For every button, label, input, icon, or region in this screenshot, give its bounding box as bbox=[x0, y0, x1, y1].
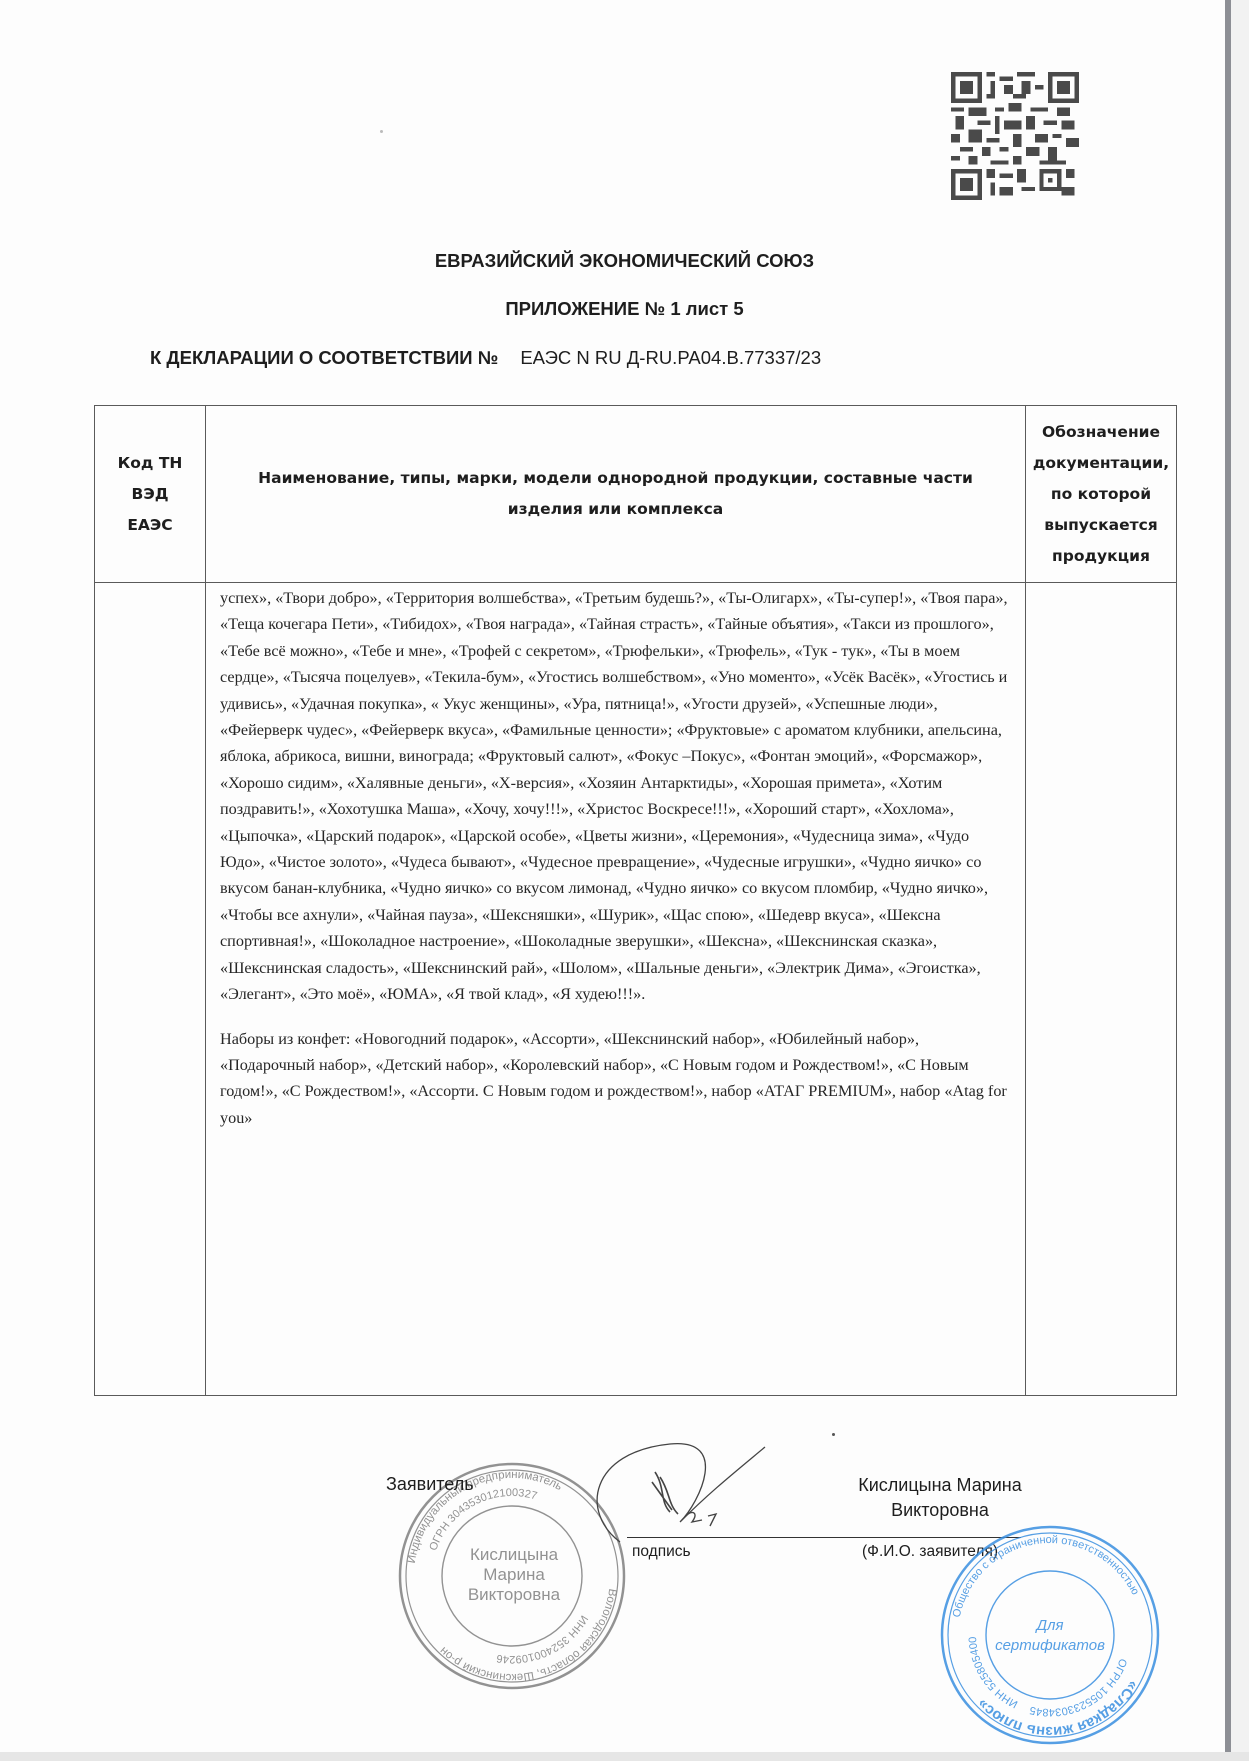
products-table: Код ТН ВЭД ЕАЭС Наименование, типы, марк… bbox=[94, 405, 1177, 1396]
stamp-center-line: Кислицына bbox=[470, 1545, 559, 1564]
header-line: Обозначение bbox=[1026, 417, 1176, 448]
scan-bottom-edge bbox=[0, 1752, 1249, 1761]
header-line: ЕАЭС bbox=[95, 510, 205, 541]
signature-caption: подпись bbox=[632, 1543, 691, 1561]
appendix-title: ПРИЛОЖЕНИЕ № 1 лист 5 bbox=[0, 298, 1249, 320]
column-header-documentation: Обозначение документации, по которой вып… bbox=[1026, 406, 1177, 583]
cell-code bbox=[95, 583, 206, 1396]
cell-products: успех», «Твори добро», «Территория волше… bbox=[206, 583, 1026, 1396]
header-line: изделия или комплекса bbox=[206, 494, 1025, 525]
declaration-number: ЕАЭС N RU Д-RU.РА04.В.77337/23 bbox=[520, 347, 821, 368]
candy-sets-list: Наборы из конфет: «Новогодний подарок», … bbox=[220, 1026, 1011, 1132]
applicant-name: Кислицына Марина Викторовна bbox=[830, 1473, 1050, 1523]
table-row: успех», «Твори добро», «Территория волше… bbox=[95, 583, 1177, 1396]
column-header-code: Код ТН ВЭД ЕАЭС bbox=[95, 406, 206, 583]
stamp-center-line: Для bbox=[1034, 1617, 1063, 1634]
header-line: выпускается bbox=[1026, 510, 1176, 541]
header-line: документации, bbox=[1026, 448, 1176, 479]
scan-speck bbox=[380, 130, 383, 133]
applicant-name-line: Кислицына Марина bbox=[830, 1473, 1050, 1498]
products-list: успех», «Твори добро», «Территория волше… bbox=[220, 585, 1011, 1008]
header-line: по которой bbox=[1026, 479, 1176, 510]
scan-speck bbox=[832, 1433, 835, 1436]
applicant-label: Заявитель bbox=[386, 1474, 474, 1495]
cell-documentation bbox=[1026, 583, 1177, 1396]
union-title: ЕВРАЗИЙСКИЙ ЭКОНОМИЧЕСКИЙ СОЮЗ bbox=[0, 250, 1249, 272]
signature-block: Индивидуальный предприниматель Вологодск… bbox=[0, 1440, 1249, 1740]
header-line: Наименование, типы, марки, модели одноро… bbox=[206, 463, 1025, 494]
header-line: продукция bbox=[1026, 541, 1176, 572]
declaration-label: К ДЕКЛАРАЦИИ О СООТВЕТСТВИИ № bbox=[150, 347, 498, 368]
stamp-center-line: Викторовна bbox=[468, 1585, 561, 1604]
header-line: Код ТН bbox=[95, 448, 205, 479]
stamp-center-line: Марина bbox=[483, 1565, 545, 1584]
qr-code-icon bbox=[946, 72, 1084, 200]
table-header-row: Код ТН ВЭД ЕАЭС Наименование, типы, марк… bbox=[95, 406, 1177, 583]
declaration-title: К ДЕКЛАРАЦИИ О СООТВЕТСТВИИ №ЕАЭС N RU Д… bbox=[150, 347, 821, 369]
company-stamp-icon: Общество с ограниченной ответственностью… bbox=[935, 1520, 1165, 1750]
header-line: ВЭД bbox=[95, 479, 205, 510]
column-header-name: Наименование, типы, марки, модели одноро… bbox=[206, 406, 1026, 583]
stamp-center-line: сертификатов bbox=[995, 1637, 1105, 1654]
